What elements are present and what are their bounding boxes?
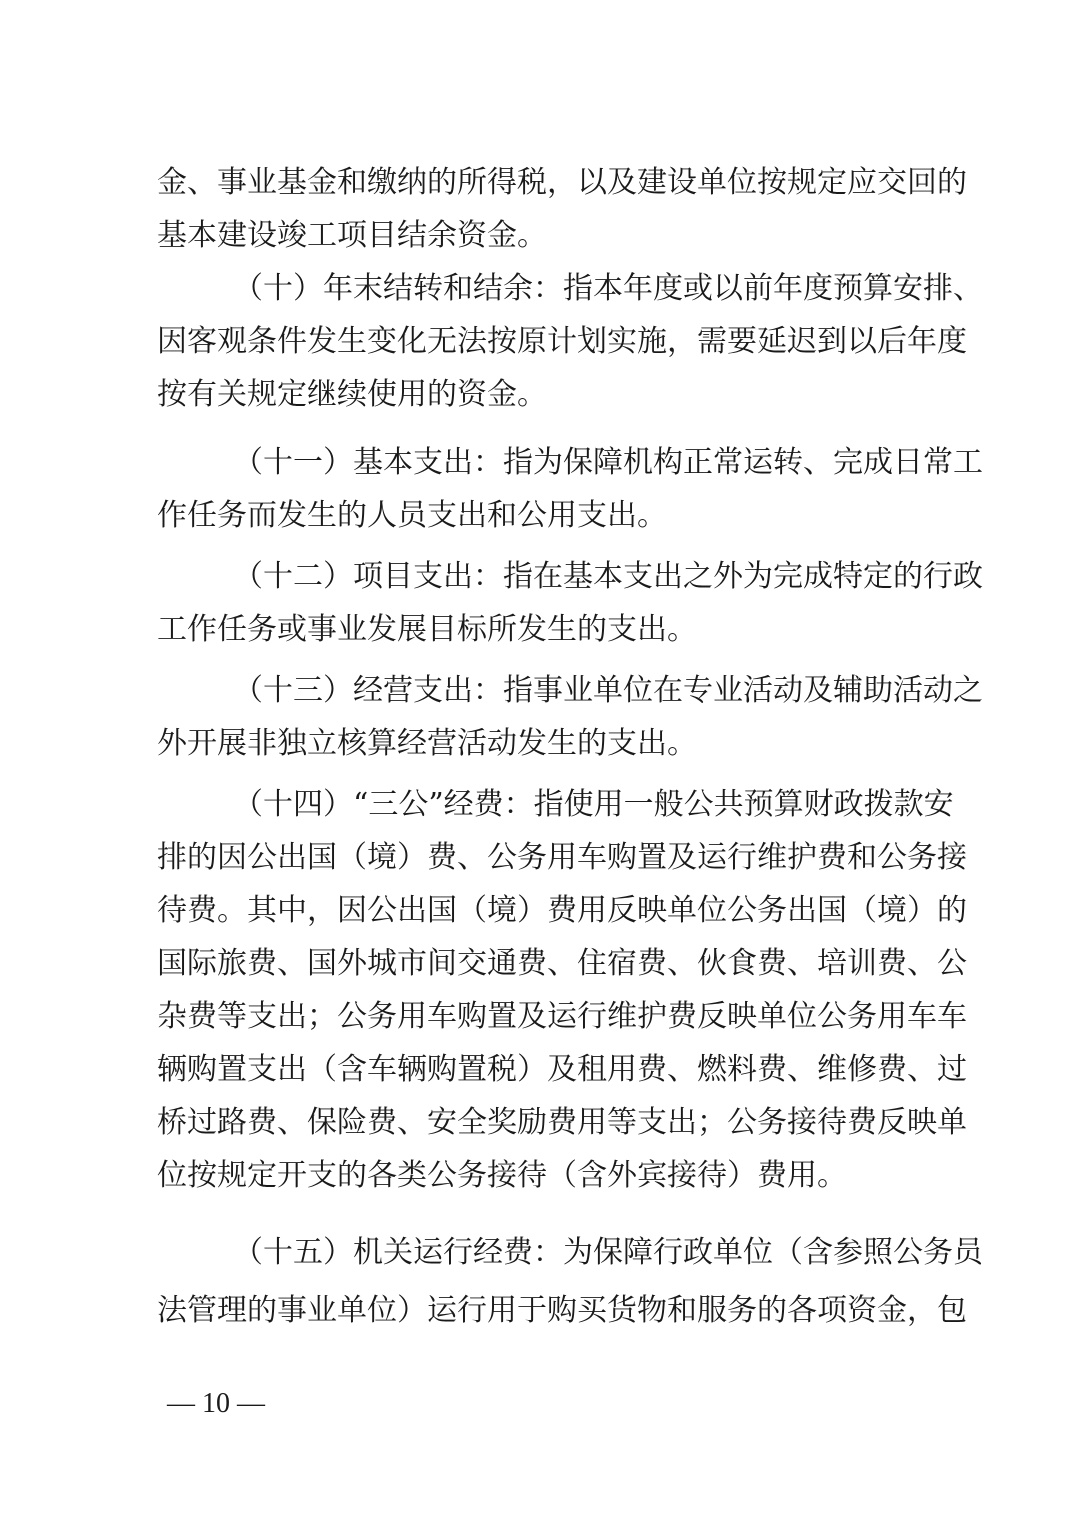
paragraph-13-heading-line: （十三）经营支出：指事业单位在专业活动及辅助活动之 bbox=[233, 671, 919, 711]
paragraph-15-heading-line: （十五）机关运行经费：为保障行政单位（含参照公务员 bbox=[233, 1233, 919, 1273]
text-line: 排的因公出国（境）费、公务用车购置及运行维护费和公务接 bbox=[157, 838, 919, 878]
document-page: 金、事业基金和缴纳的所得税，以及建设单位按规定应交回的 基本建设竣工项目结余资金… bbox=[0, 0, 1074, 1520]
text-line: 基本建设竣工项目结余资金。 bbox=[157, 216, 919, 256]
text-line: 待费。其中，因公出国（境）费用反映单位公务出国（境）的 bbox=[157, 891, 919, 931]
text-line: 法管理的事业单位）运行用于购买货物和服务的各项资金，包 bbox=[157, 1291, 919, 1331]
text-line: 辆购置支出（含车辆购置税）及租用费、燃料费、维修费、过 bbox=[157, 1050, 919, 1090]
paragraph-11-heading-line: （十一）基本支出：指为保障机构正常运转、完成日常工 bbox=[233, 443, 919, 483]
text-line: 作任务而发生的人员支出和公用支出。 bbox=[157, 496, 919, 536]
text-line: 位按规定开支的各类公务接待（含外宾接待）费用。 bbox=[157, 1156, 919, 1196]
text-line: 按有关规定继续使用的资金。 bbox=[157, 375, 919, 415]
paragraph-14-heading-line: （十四）“三公”经费：指使用一般公共预算财政拨款安 bbox=[233, 785, 919, 825]
text-line: 桥过路费、保险费、安全奖励费用等支出；公务接待费反映单 bbox=[157, 1103, 919, 1143]
text-line: 外开展非独立核算经营活动发生的支出。 bbox=[157, 724, 919, 764]
page-number: — 10 — bbox=[167, 1386, 265, 1422]
text-line: 杂费等支出；公务用车购置及运行维护费反映单位公务用车车 bbox=[157, 997, 919, 1037]
text-line: 金、事业基金和缴纳的所得税，以及建设单位按规定应交回的 bbox=[157, 163, 919, 203]
paragraph-10-heading-line: （十）年末结转和结余：指本年度或以前年度预算安排、 bbox=[233, 269, 919, 309]
text-line: 工作任务或事业发展目标所发生的支出。 bbox=[157, 610, 919, 650]
paragraph-12-heading-line: （十二）项目支出：指在基本支出之外为完成特定的行政 bbox=[233, 557, 919, 597]
text-line: 国际旅费、国外城市间交通费、住宿费、伙食费、培训费、公 bbox=[157, 944, 919, 984]
text-line: 因客观条件发生变化无法按原计划实施，需要延迟到以后年度 bbox=[157, 322, 919, 362]
